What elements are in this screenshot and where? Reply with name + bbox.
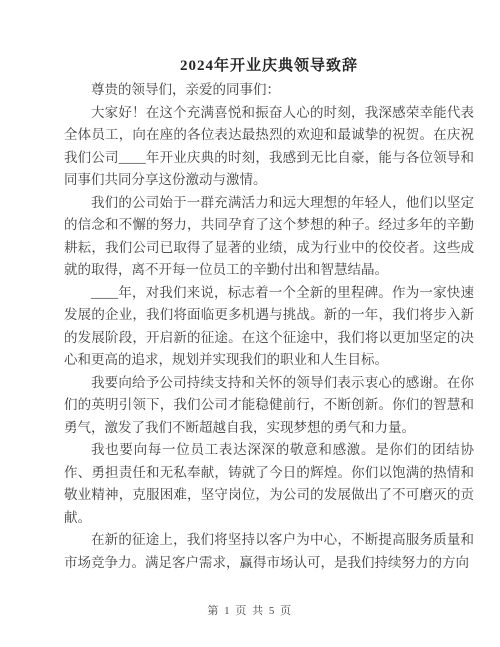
paragraph-new-milestone: ____年，对我们来说，标志着一个全新的里程碑。作为一家快速发展的企业，我们将面…: [64, 282, 474, 372]
page-number-label: 第 1 页 共 5 页: [207, 605, 292, 617]
paragraph-opening: 大家好！在这个充满喜悦和振奋人心的时刻，我深感荣幸能代表全体员工，向在座的各位表…: [64, 102, 474, 192]
page-footer: 第 1 页 共 5 页: [0, 600, 500, 622]
paragraph-thanks-employees: 我也要向每一位员工表达深深的敬意和感激。是你们的团结协作、勇担责任和无私奉献，铸…: [64, 439, 474, 529]
paragraph-company-origin: 我们的公司始于一群充满活力和远大理想的年轻人，他们以坚定的信念和不懈的努力，共同…: [64, 192, 474, 282]
paragraph-thanks-leaders: 我要向给予公司持续支持和关怀的领导们表示衷心的感谢。在你们的英明引领下，我们公司…: [64, 372, 474, 440]
document-page: 2024年开业庆典领导致辞 尊贵的领导们，亲爱的同事们： 大家好！在这个充满喜悦…: [0, 0, 500, 647]
document-body: 尊贵的领导们，亲爱的同事们： 大家好！在这个充满喜悦和振奋人心的时刻，我深感荣幸…: [64, 79, 474, 574]
greeting-line: 尊贵的领导们，亲爱的同事们：: [64, 79, 474, 102]
document-title: 2024年开业庆典领导致辞: [64, 55, 474, 78]
paragraph-customer-focus: 在新的征途上，我们将坚持以客户为中心，不断提高服务质量和市场竞争力。满足客户需求…: [64, 529, 474, 574]
